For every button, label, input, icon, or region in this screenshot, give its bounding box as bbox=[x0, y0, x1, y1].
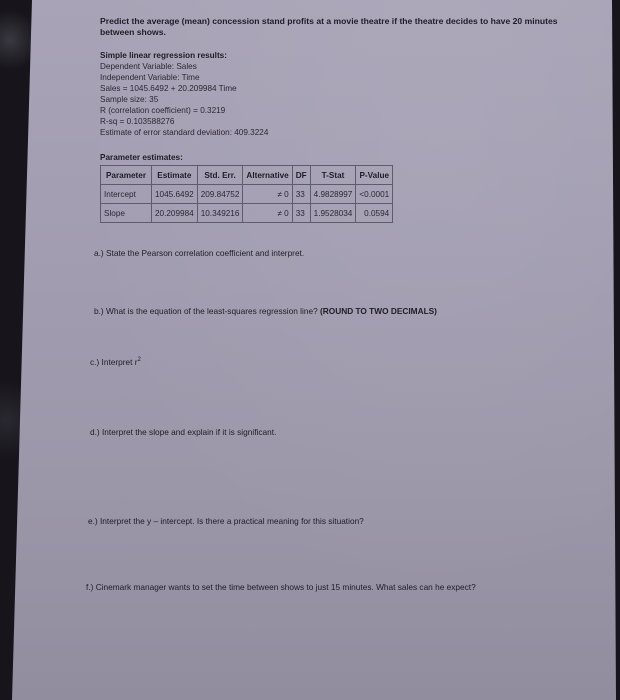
question-text: Interpret r bbox=[102, 357, 138, 367]
question-text: Cinemark manager wants to set the time b… bbox=[96, 582, 476, 592]
question-e: e.) Interpret the y – intercept. Is ther… bbox=[88, 516, 364, 527]
question-f: f.) Cinemark manager wants to set the ti… bbox=[86, 582, 516, 593]
question-d: d.) Interpret the slope and explain if i… bbox=[90, 427, 276, 438]
question-b: b.) What is the equation of the least-sq… bbox=[94, 306, 437, 317]
question-text: Interpret the y – intercept. Is there a … bbox=[100, 516, 364, 526]
questions-section: a.) State the Pearson correlation coeffi… bbox=[100, 0, 560, 700]
question-superscript: 2 bbox=[138, 357, 141, 363]
question-label: a.) bbox=[94, 248, 104, 258]
question-label: e.) bbox=[88, 516, 98, 526]
question-label: b.) bbox=[94, 306, 104, 316]
question-a: a.) State the Pearson correlation coeffi… bbox=[94, 248, 304, 259]
question-text: Interpret the slope and explain if it is… bbox=[102, 427, 276, 437]
question-label: d.) bbox=[90, 427, 100, 437]
question-text: What is the equation of the least-square… bbox=[106, 306, 318, 316]
question-text: State the Pearson correlation coefficien… bbox=[106, 248, 304, 258]
question-label: c.) bbox=[90, 357, 99, 367]
question-emphasis: (ROUND TO TWO DECIMALS) bbox=[320, 306, 437, 316]
question-c: c.) Interpret r2 bbox=[90, 357, 141, 368]
question-label: f.) bbox=[86, 582, 93, 592]
